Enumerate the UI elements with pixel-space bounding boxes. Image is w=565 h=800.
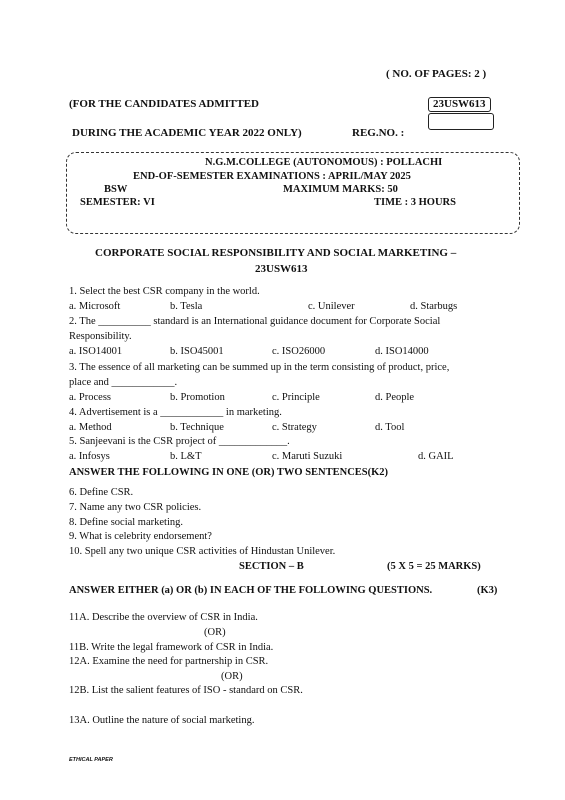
option-b: b. Technique	[170, 422, 224, 433]
question-5: 5. Sanjeevani is the CSR project of ____…	[69, 436, 290, 447]
question-11a: 11A. Describe the overview of CSR in Ind…	[69, 612, 258, 623]
option-b: b. Promotion	[170, 392, 225, 403]
knowledge-level: (K3)	[477, 585, 497, 596]
section-b-marks: (5 X 5 = 25 MARKS)	[387, 561, 481, 572]
option-a: a. Microsoft	[69, 301, 120, 312]
option-a: a. ISO14001	[69, 346, 122, 357]
option-b: b. ISO45001	[170, 346, 224, 357]
question-1: 1. Select the best CSR company in the wo…	[69, 286, 260, 297]
option-c: c. ISO26000	[272, 346, 325, 357]
duration: TIME : 3 HOURS	[374, 197, 456, 208]
paper-title: CORPORATE SOCIAL RESPONSIBILITY AND SOCI…	[95, 247, 456, 259]
section-b-instruction: ANSWER EITHER (a) OR (b) IN EACH OF THE …	[69, 585, 432, 596]
short-answer-heading: ANSWER THE FOLLOWING IN ONE (OR) TWO SEN…	[69, 467, 388, 478]
reg-no-label: REG.NO. :	[352, 127, 404, 139]
question-11b: 11B. Write the legal framework of CSR in…	[69, 642, 273, 653]
option-b: b. Tesla	[170, 301, 202, 312]
option-b: b. L&T	[170, 451, 202, 462]
question-13a: 13A. Outline the nature of social market…	[69, 715, 254, 726]
option-d: d. GAIL	[418, 451, 454, 462]
programme: BSW	[104, 184, 127, 195]
max-marks: MAXIMUM MARKS: 50	[283, 184, 398, 195]
question-2-continued: Responsibility.	[69, 331, 132, 342]
question-12a: 12A. Examine the need for partnership in…	[69, 656, 268, 667]
section-b-title: SECTION – B	[239, 561, 304, 572]
option-a: a. Infosys	[69, 451, 110, 462]
question-3: 3. The essence of all marketing can be s…	[69, 362, 449, 373]
option-c: c. Strategy	[272, 422, 317, 433]
question-12b: 12B. List the salient features of ISO - …	[69, 685, 303, 696]
option-c: c. Unilever	[308, 301, 355, 312]
option-c: c. Principle	[272, 392, 320, 403]
course-code-box: 23USW613	[428, 97, 491, 112]
admitted-note: (FOR THE CANDIDATES ADMITTED	[69, 98, 259, 110]
question-2: 2. The __________ standard is an Interna…	[69, 316, 440, 327]
option-d: d. People	[375, 392, 414, 403]
question-8: 8. Define social marketing.	[69, 517, 183, 528]
reg-no-box[interactable]	[428, 113, 494, 130]
option-a: a. Process	[69, 392, 111, 403]
question-4: 4. Advertisement is a ____________ in ma…	[69, 407, 282, 418]
college-name: N.G.M.COLLEGE (AUTONOMOUS) : POLLACHI	[205, 157, 442, 168]
paper-code: 23USW613	[255, 263, 308, 275]
page-count: ( NO. OF PAGES: 2 )	[386, 68, 486, 80]
option-d: d. Starbugs	[410, 301, 457, 312]
footer-label: ETHICAL PAPER	[69, 757, 113, 763]
academic-year: DURING THE ACADEMIC YEAR 2022 ONLY)	[72, 127, 302, 139]
question-9: 9. What is celebrity endorsement?	[69, 531, 212, 542]
question-6: 6. Define CSR.	[69, 487, 133, 498]
option-d: d. Tool	[375, 422, 404, 433]
option-c: c. Maruti Suzuki	[272, 451, 342, 462]
question-10: 10. Spell any two unique CSR activities …	[69, 546, 335, 557]
exam-session: END-OF-SEMESTER EXAMINATIONS : APRIL/MAY…	[133, 171, 411, 182]
option-a: a. Method	[69, 422, 112, 433]
question-7: 7. Name any two CSR policies.	[69, 502, 201, 513]
semester: SEMESTER: VI	[80, 197, 155, 208]
option-d: d. ISO14000	[375, 346, 429, 357]
or-label: (OR)	[204, 627, 226, 638]
or-label: (OR)	[221, 671, 243, 682]
question-3-continued: place and ____________.	[69, 377, 177, 388]
